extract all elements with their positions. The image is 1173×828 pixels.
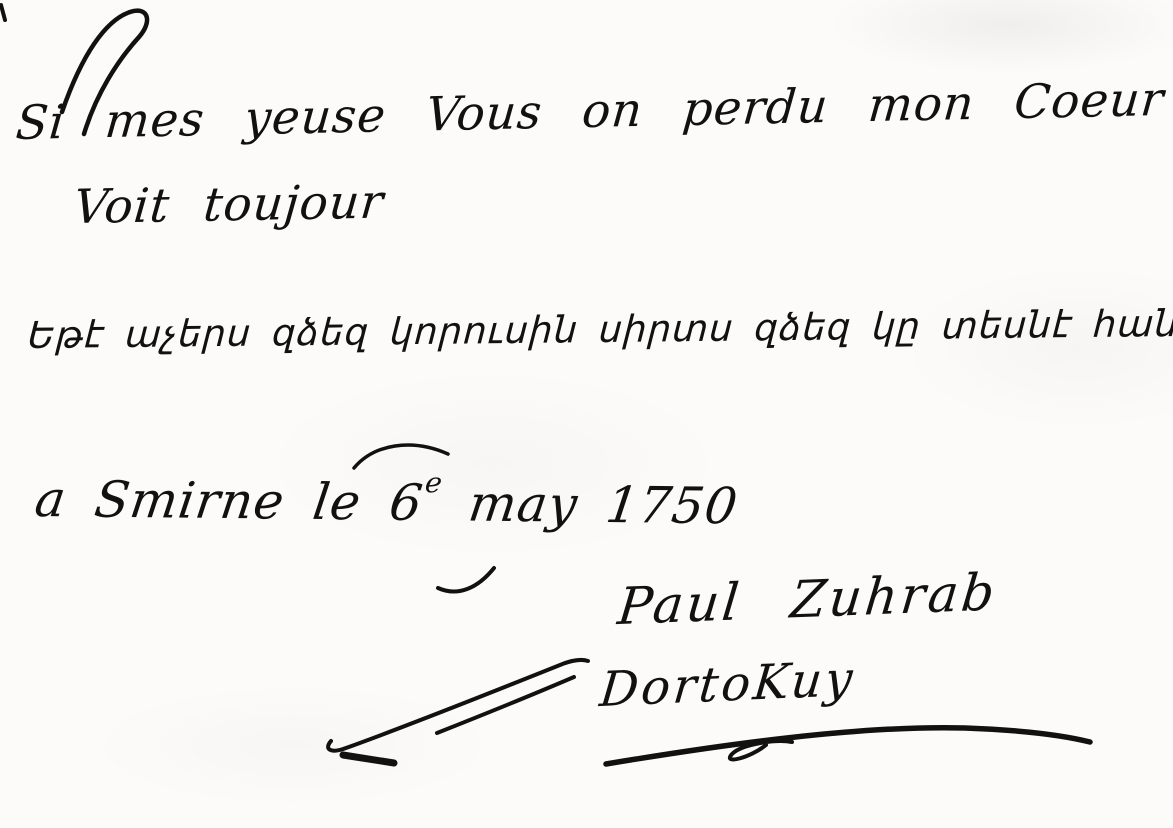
diagonal-paraph-stroke-2 <box>437 677 574 733</box>
place-date-line: a Smirne le 6e may 1750 <box>32 462 743 535</box>
french-verse-line-2: Voit toujour <box>72 175 387 236</box>
underline-paraph-main <box>606 728 1090 764</box>
date-suffix: may 1750 <box>465 475 741 536</box>
date-superscript: e <box>423 466 445 499</box>
edge-mark-flourish <box>1 5 5 20</box>
french-verse-line-1: Si mes yeuse Vous on perdu mon Coeur vou… <box>14 69 1173 151</box>
armenian-translation-line: Եթէ աչերս զձեզ կորուսին սիրտս զձեզ կը տե… <box>27 300 1173 357</box>
signature-name-line: Paul Zuhrab <box>615 563 1000 637</box>
date-prefix: a Smirne le 6 <box>32 470 427 532</box>
may-underswash-flourish <box>438 568 494 591</box>
manuscript-page: Si mes yeuse Vous on perdu mon Coeur vou… <box>0 0 1173 828</box>
diagonal-paraph-dash <box>343 755 394 763</box>
signature-surname-line: DortoKuy <box>597 651 858 718</box>
underline-paraph-loop <box>730 741 792 759</box>
diagonal-paraph-stroke-1 <box>328 660 588 751</box>
